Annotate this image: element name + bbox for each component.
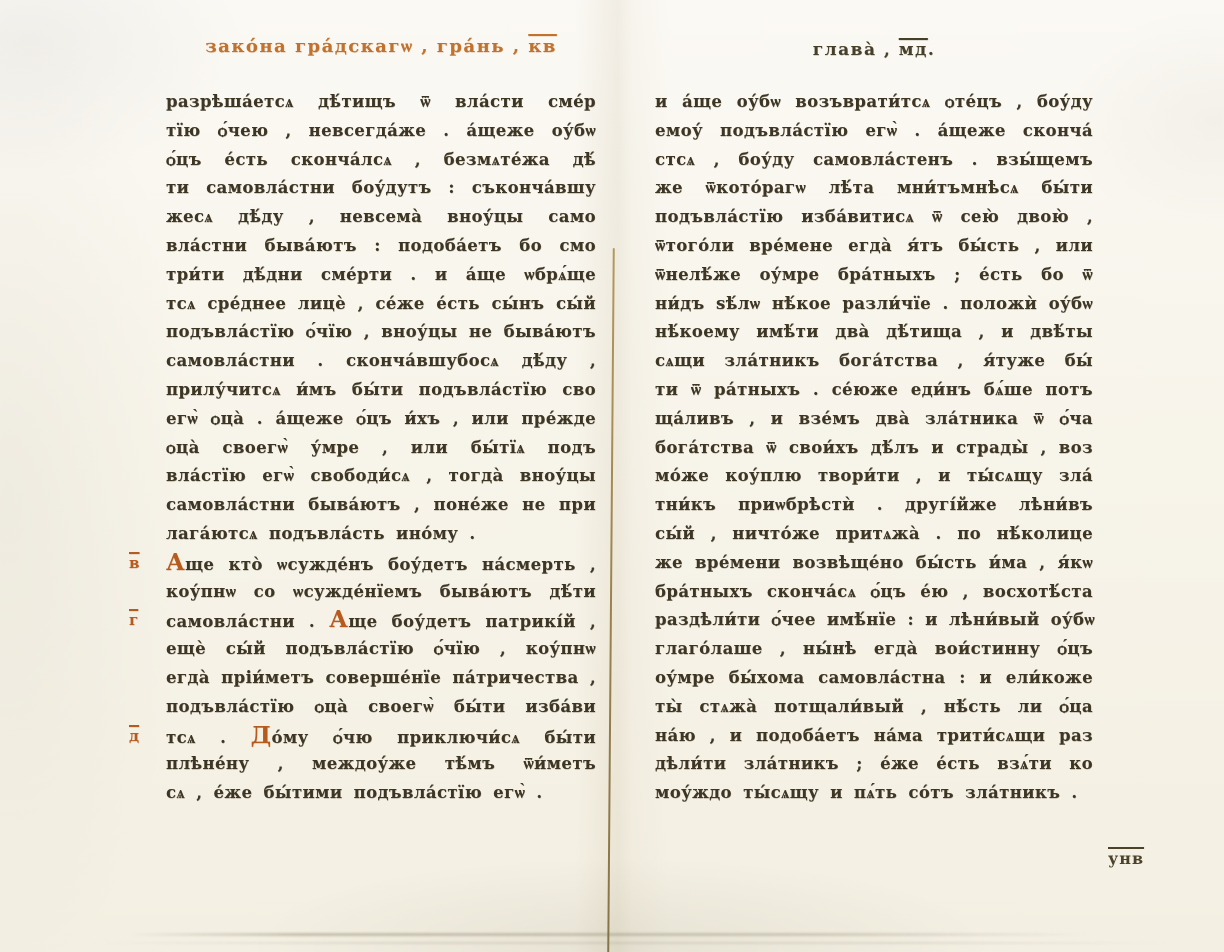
text-line: егѡ̀ ѻца̀ . а́щеже ѻ́цъ и́хъ , или пре́ж… — [166, 405, 596, 434]
text-segment: ты̀ стѧжа̀ потщали́вый , нѣ́сть ли ѻ́ца — [655, 697, 1093, 716]
text-line: сѧ , е́же бы́тими подъвла́стїю егѡ̀ . — [166, 779, 596, 808]
text-segment: ѿтого́ли вре́мене егда̀ я́тъ бы́сть , ил… — [655, 236, 1093, 255]
running-header-left-number: кв — [528, 36, 557, 57]
text-segment: дѣли́ти зла́тникъ ; е́же е́сть взѧ́ти ко — [655, 754, 1093, 773]
text-segment: бога́тства ѿ свои́хъ дѣ́лъ и страды̀ , в… — [655, 438, 1093, 457]
text-segment: жесѧ дѣ́ду , невсема̀ вноу́цы само — [166, 207, 596, 226]
text-line: дѣли́ти зла́тникъ ; е́же е́сть взѧ́ти ко — [655, 750, 1093, 779]
text-segment: сѧщи зла́тникъ бога́тства , я́туже бы́ — [655, 351, 1093, 370]
text-segment: емоу́ подъвла́стїю егѡ̀ . а́щеже сконча́ — [655, 121, 1093, 140]
running-header-left-title: зако́на гра́дскагѡ , гра́нь , — [205, 36, 520, 57]
text-line: лага́ютсѧ подъвла́сть ино́му . — [166, 520, 596, 549]
right-page-text-column: и а́ще оу́бѡ возъврати́тсѧ ѻте́цъ , боу́… — [655, 88, 1093, 808]
text-line: Аще кто̀ ѡсужде́нъ боу́детъ на́смерть ,в — [166, 549, 596, 578]
text-line: мо́же коу́плю твори́ти , и ты́сѧщу зла́ — [655, 462, 1093, 491]
text-line: самовла́стни . сконча́вшубосѧ дѣ́ду , — [166, 347, 596, 376]
text-segment: егѡ̀ ѻца̀ . а́щеже ѻ́цъ и́хъ , или пре́ж… — [166, 409, 596, 428]
text-line: ѿтого́ли вре́мене егда̀ я́тъ бы́сть , ил… — [655, 232, 1093, 261]
text-line: егда̀ пріи́метъ соверше́нїе па́тричества… — [166, 664, 596, 693]
text-segment: подъвла́стїю ѻ́чїю , вноу́цы не быва́ютъ — [166, 322, 596, 341]
text-line: тни́къ приѡбрѣстѝ . другі́йже лѣни́въ — [655, 491, 1093, 520]
left-page-text-column: разрѣша́етсѧ дѣ́тищъ ѿ вла́сти сме́ртїю … — [166, 88, 596, 808]
text-segment: ти самовла́стни боу́дутъ : съконча́вшу — [166, 178, 596, 197]
text-segment: три́ти дѣ́дни сме́рти . и а́ще ѡбрѧ́ще — [166, 265, 596, 284]
text-segment: раздѣли́ти ѻ́чее имѣ́нїе : и лѣни́вый оу… — [655, 610, 1095, 629]
text-line: ща́ливъ , и взе́мъ два̀ зла́тника ѿ ѻ́ча — [655, 405, 1093, 434]
text-line: на́ю , и подоба́етъ на́ма трити́сѧщи раз — [655, 722, 1093, 751]
text-segment: о́му ѻ́чю приключи́сѧ бы́ти — [271, 728, 596, 747]
text-segment: ще кто̀ ѡсужде́нъ боу́детъ на́смерть , — [185, 555, 596, 574]
marginal-section-numeral: в — [129, 549, 139, 578]
text-line: сы́й , ничто́же притѧжа̀ . по нѣ́колице — [655, 520, 1093, 549]
text-segment: бра́тныхъ сконча́сѧ ѻ́цъ е́ю , восхотѣ́с… — [655, 582, 1093, 601]
folio-number: унв — [1108, 849, 1144, 868]
text-segment: ѿнелѣ́же оу́мре бра́тныхъ ; е́сть бо ѿ — [655, 265, 1093, 284]
text-line: подъвла́стїю ѻца̀ своегѡ̀ бы́ти изба́ви — [166, 693, 596, 722]
text-line: подъвла́стїю изба́витисѧ ѿ сею̀ двою̀ , — [655, 203, 1093, 232]
text-segment: ни́дъ ѕѣ́лѡ нѣ́кое разли́чїе . положѝ оу… — [655, 294, 1093, 313]
text-segment: ща́ливъ , и взе́мъ два̀ зла́тника ѿ ѻ́ча — [655, 409, 1093, 428]
text-segment: вла́стїю егѡ̀ свободи́сѧ , тогда̀ вноу́ц… — [166, 466, 596, 485]
running-header-right-number: мд — [899, 40, 928, 60]
text-segment: нѣ́коему имѣ́ти два̀ дѣ́тища , и двѣ́ты — [655, 322, 1093, 341]
text-segment: ещѐ сы́й подъвла́стїю ѻ́чїю , коу́пнѡ — [166, 639, 596, 658]
text-line: подъвла́стїю ѻ́чїю , вноу́цы не быва́ютъ — [166, 318, 596, 347]
text-line: тїю ѻ́чею , невсегда́же . а́щеже оу́бѡ — [166, 117, 596, 146]
text-line: емоу́ подъвла́стїю егѡ̀ . а́щеже сконча́ — [655, 117, 1093, 146]
text-segment: коу́пнѡ со ѡсужде́нїемъ быва́ютъ дѣ́ти — [166, 582, 596, 601]
text-segment: подъвла́стїю изба́витисѧ ѿ сею̀ двою̀ , — [655, 207, 1093, 226]
text-line: тсѧ . До́му ѻ́чю приключи́сѧ бы́тид — [166, 722, 596, 751]
text-line: жесѧ дѣ́ду , невсема̀ вноу́цы само — [166, 203, 596, 232]
text-line: и а́ще оу́бѡ возъврати́тсѧ ѻте́цъ , боу́… — [655, 88, 1093, 117]
text-line: же ѿкото́рагѡ лѣ́та мни́тъмнѣсѧ бы́ти — [655, 174, 1093, 203]
text-line: же вре́мени возвѣще́но бы́сть и́ма , я́к… — [655, 549, 1093, 578]
marginal-section-numeral: д — [129, 722, 139, 751]
text-segment: и а́ще оу́бѡ возъврати́тсѧ ѻте́цъ , боу́… — [655, 92, 1093, 111]
text-line: стсѧ , боу́ду самовла́стенъ . взы́щемъ — [655, 146, 1093, 175]
text-segment: тїю ѻ́чею , невсегда́же . а́щеже оу́бѡ — [166, 121, 596, 140]
text-line: глаго́лаше , ны́нѣ егда̀ вои́стинну ѻ́цъ — [655, 635, 1093, 664]
marginal-section-numeral: г — [129, 606, 138, 635]
rubric-initial: А — [329, 606, 348, 633]
page-bottom-edge — [128, 933, 1088, 936]
text-line: ти самовла́стни боу́дутъ : съконча́вшу — [166, 174, 596, 203]
text-segment: подъвла́стїю ѻца̀ своегѡ̀ бы́ти изба́ви — [166, 697, 596, 716]
text-segment: самовла́стни . сконча́вшубосѧ дѣ́ду , — [166, 351, 596, 370]
text-segment: егда̀ пріи́метъ соверше́нїе па́тричества… — [166, 668, 596, 687]
text-line: ѻ́цъ е́сть сконча́лсѧ , безмѧте́жа дѣ́ — [166, 146, 596, 175]
text-line: самовла́стни быва́ютъ , поне́же не при — [166, 491, 596, 520]
text-segment: тсѧ . — [166, 728, 251, 747]
text-segment: мо́же коу́плю твори́ти , и ты́сѧщу зла́ — [655, 466, 1093, 485]
running-header-right-title: глава̀ , — [813, 40, 892, 60]
text-line: ѻца̀ своегѡ̀ у́мре , или бы́тїѧ подъ — [166, 434, 596, 463]
text-line: вла́стни быва́ютъ : подоба́етъ бо смо — [166, 232, 596, 261]
text-line: бра́тныхъ сконча́сѧ ѻ́цъ е́ю , восхотѣ́с… — [655, 578, 1093, 607]
text-segment: самовла́стни . — [166, 612, 329, 631]
running-header-left: зако́на гра́дскагѡ , гра́нь , кв — [166, 36, 596, 57]
text-segment: плѣне́ну , междоу́же тѣ́мъ ѿи́метъ — [166, 754, 596, 773]
text-line: самовла́стни . Аще боу́детъ патрикі́й ,г — [166, 606, 596, 635]
text-segment: ѻца̀ своегѡ̀ у́мре , или бы́тїѧ подъ — [166, 438, 596, 457]
text-segment: самовла́стни быва́ютъ , поне́же не при — [166, 495, 596, 514]
text-segment: оу́мре бы́хома самовла́стна : и ели́коже — [655, 668, 1093, 687]
text-segment: сѧ , е́же бы́тими подъвла́стїю егѡ̀ . — [166, 783, 543, 802]
text-segment: ти ѿ ра́тныхъ . се́юже еди́нъ бѧ́ше потъ — [655, 380, 1093, 399]
rubric-initial: А — [166, 549, 185, 576]
text-segment: стсѧ , боу́ду самовла́стенъ . взы́щемъ — [655, 150, 1093, 169]
text-line: раздѣли́ти ѻ́чее имѣ́нїе : и лѣни́вый оу… — [655, 606, 1093, 635]
text-segment: вла́стни быва́ютъ : подоба́етъ бо смо — [166, 236, 596, 255]
text-line: три́ти дѣ́дни сме́рти . и а́ще ѡбрѧ́ще — [166, 261, 596, 290]
text-segment: лага́ютсѧ подъвла́сть ино́му . — [166, 524, 476, 543]
text-line: прилу́читсѧ и́мъ бы́ти подъвла́стїю сво — [166, 376, 596, 405]
text-segment: моу́ждо ты́сѧщу и пѧ́ть со́тъ зла́тникъ … — [655, 783, 1078, 802]
text-segment: разрѣша́етсѧ дѣ́тищъ ѿ вла́сти сме́р — [166, 92, 596, 111]
text-line: тсѧ сре́днее лицѐ , се́же е́сть сы́нъ сы… — [166, 290, 596, 319]
running-header-right: глава̀ , мд. — [655, 40, 1093, 60]
text-line: оу́мре бы́хома самовла́стна : и ели́коже — [655, 664, 1093, 693]
text-line: коу́пнѡ со ѡсужде́нїемъ быва́ютъ дѣ́ти — [166, 578, 596, 607]
text-line: ѿнелѣ́же оу́мре бра́тныхъ ; е́сть бо ѿ — [655, 261, 1093, 290]
text-segment: ще боу́детъ патрикі́й , — [348, 612, 596, 631]
page-bottom-edge-shadow — [90, 942, 1170, 944]
text-segment: прилу́читсѧ и́мъ бы́ти подъвла́стїю сво — [166, 380, 596, 399]
text-line: ты̀ стѧжа̀ потщали́вый , нѣ́сть ли ѻ́ца — [655, 693, 1093, 722]
text-segment: же ѿкото́рагѡ лѣ́та мни́тъмнѣсѧ бы́ти — [655, 178, 1093, 197]
text-segment: на́ю , и подоба́етъ на́ма трити́сѧщи раз — [655, 726, 1093, 745]
text-segment: тни́къ приѡбрѣстѝ . другі́йже лѣни́въ — [655, 495, 1093, 514]
text-segment: же вре́мени возвѣще́но бы́сть и́ма , я́к… — [655, 553, 1093, 572]
text-line: сѧщи зла́тникъ бога́тства , я́туже бы́ — [655, 347, 1093, 376]
text-line: ещѐ сы́й подъвла́стїю ѻ́чїю , коу́пнѡ — [166, 635, 596, 664]
text-line: плѣне́ну , междоу́же тѣ́мъ ѿи́метъ — [166, 750, 596, 779]
text-segment: сы́й , ничто́же притѧжа̀ . по нѣ́колице — [655, 524, 1093, 543]
text-line: бога́тства ѿ свои́хъ дѣ́лъ и страды̀ , в… — [655, 434, 1093, 463]
text-line: разрѣша́етсѧ дѣ́тищъ ѿ вла́сти сме́р — [166, 88, 596, 117]
text-line: нѣ́коему имѣ́ти два̀ дѣ́тища , и двѣ́ты — [655, 318, 1093, 347]
text-segment: ѻ́цъ е́сть сконча́лсѧ , безмѧте́жа дѣ́ — [166, 150, 596, 169]
book-scan: зако́на гра́дскагѡ , гра́нь , кв глава̀ … — [0, 0, 1224, 952]
text-line: вла́стїю егѡ̀ свободи́сѧ , тогда̀ вноу́ц… — [166, 462, 596, 491]
text-segment: глаго́лаше , ны́нѣ егда̀ вои́стинну ѻ́цъ — [655, 639, 1093, 658]
text-segment: тсѧ сре́днее лицѐ , се́же е́сть сы́нъ сы… — [166, 294, 596, 313]
text-line: ти ѿ ра́тныхъ . се́юже еди́нъ бѧ́ше потъ — [655, 376, 1093, 405]
text-line: моу́ждо ты́сѧщу и пѧ́ть со́тъ зла́тникъ … — [655, 779, 1093, 808]
text-line: ни́дъ ѕѣ́лѡ нѣ́кое разли́чїе . положѝ оу… — [655, 290, 1093, 319]
rubric-initial: Д — [251, 722, 272, 749]
running-header-right-period: . — [928, 40, 935, 60]
